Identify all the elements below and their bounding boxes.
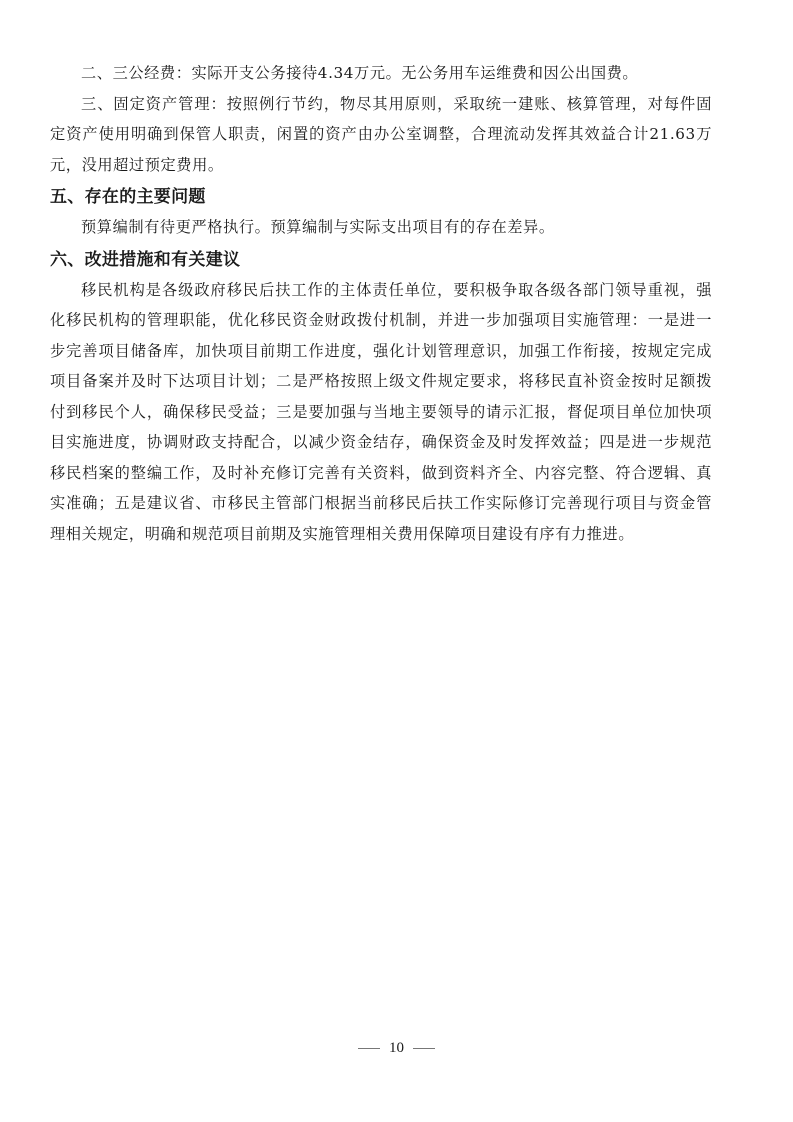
- page-footer: 10: [0, 1040, 793, 1057]
- section-heading-improvements: 六、改进措施和有关建议: [50, 245, 712, 275]
- footer-dash-left: [358, 1048, 380, 1049]
- paragraph-fixed-assets: 三、固定资产管理：按照例行节约，物尽其用原则，采取统一建账、核算管理，对每件固定…: [50, 89, 712, 181]
- document-page: 二、三公经费：实际开支公务接待4.34万元。无公务用车运维费和因公出国费。 三、…: [50, 58, 712, 549]
- footer-dash-right: [413, 1048, 435, 1049]
- page-number: 10: [389, 1040, 404, 1056]
- paragraph-main-problems: 预算编制有待更严格执行。预算编制与实际支出项目有的存在差异。: [50, 212, 712, 243]
- section-heading-main-problems: 五、存在的主要问题: [50, 182, 712, 212]
- paragraph-improvements: 移民机构是各级政府移民后扶工作的主体责任单位，要积极争取各级各部门领导重视，强化…: [50, 275, 712, 550]
- paragraph-three-public-expenses: 二、三公经费：实际开支公务接待4.34万元。无公务用车运维费和因公出国费。: [50, 58, 712, 89]
